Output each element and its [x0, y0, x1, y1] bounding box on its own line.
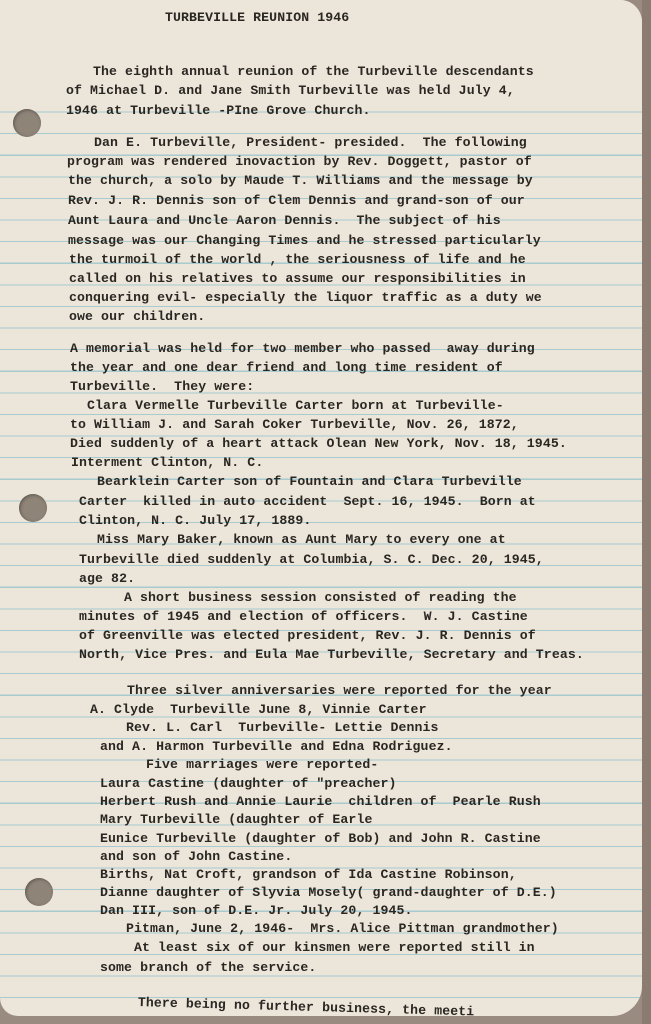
text-line: Pitman, June 2, 1946- Mrs. Alice Pittman… — [126, 921, 559, 936]
text-line: the year and one dear friend and long ti… — [70, 360, 503, 375]
text-line: program was rendered inovaction by Rev. … — [67, 154, 532, 169]
text-line: to William J. and Sarah Coker Turbeville… — [70, 417, 519, 432]
text-line: Eunice Turbeville (daughter of Bob) and … — [100, 831, 541, 846]
text-line: owe our children. — [69, 309, 205, 324]
text-line: minutes of 1945 and election of officers… — [79, 609, 528, 624]
text-line: Herbert Rush and Annie Laurie children o… — [100, 794, 541, 809]
text-line: At least six of our kinsmen were reporte… — [134, 940, 535, 955]
text-line: A memorial was held for two member who p… — [70, 341, 535, 356]
text-line: The eighth annual reunion of the Turbevi… — [93, 64, 534, 79]
text-line: Births, Nat Croft, grandson of Ida Casti… — [100, 867, 517, 882]
text-line: of Greenville was elected president, Rev… — [79, 628, 536, 643]
background-edge — [642, 0, 651, 1024]
text-line: North, Vice Pres. and Eula Mae Turbevill… — [79, 647, 584, 662]
text-line: Died suddenly of a heart attack Olean Ne… — [70, 436, 567, 451]
text-line: 1946 at Turbeville -PIne Grove Church. — [66, 103, 371, 118]
text-line: Mary Turbeville (daughter of Earle — [100, 812, 372, 827]
text-line: and A. Harmon Turbeville and Edna Rodrig… — [100, 739, 453, 754]
text-line: Rev. L. Carl Turbeville- Lettie Dennis — [126, 720, 439, 735]
text-line: Carter killed in auto accident Sept. 16,… — [79, 494, 536, 509]
text-line: Five marriages were reported- — [146, 757, 378, 772]
text-line: age 82. — [79, 571, 135, 586]
text-line: Three silver anniversaries were reported… — [127, 683, 552, 698]
text-line: Interment Clinton, N. C. — [71, 455, 263, 470]
text-line: Bearklein Carter son of Fountain and Cla… — [97, 474, 522, 489]
text-line: the church, a solo by Maude T. Williams … — [68, 173, 533, 188]
text-line: and son of John Castine. — [100, 849, 292, 864]
text-line: Aunt Laura and Uncle Aaron Dennis. The s… — [68, 213, 501, 228]
text-line: message was our Changing Times and he st… — [68, 233, 541, 248]
text-line: of Michael D. and Jane Smith Turbeville … — [66, 83, 515, 98]
punch-hole-middle — [19, 494, 47, 522]
text-line: Dan III, son of D.E. Jr. July 20, 1945. — [100, 903, 413, 918]
text-line: Clinton, N. C. July 17, 1889. — [79, 513, 311, 528]
text-line: some branch of the service. — [100, 960, 316, 975]
text-line: Turbeville died suddenly at Columbia, S.… — [79, 552, 544, 567]
text-line: Turbeville. They were: — [70, 379, 254, 394]
text-line: A. Clyde Turbeville June 8, Vinnie Carte… — [90, 702, 427, 717]
text-line: called on his relatives to assume our re… — [69, 271, 526, 286]
text-line: Miss Mary Baker, known as Aunt Mary to e… — [97, 532, 506, 547]
document-title: TURBEVILLE REUNION 1946 — [165, 10, 349, 25]
text-line: A short business session consisted of re… — [124, 590, 517, 605]
text-line: Dan E. Turbeville, President- presided. … — [94, 135, 527, 150]
text-line: Clara Vermelle Turbeville Carter born at… — [87, 398, 504, 413]
text-line: the turmoil of the world , the seriousne… — [69, 252, 526, 267]
text-line: Dianne daughter of Slyvia Mosely( grand-… — [100, 885, 557, 900]
punch-hole-bottom — [25, 878, 53, 906]
punch-hole-top — [13, 109, 41, 137]
text-line: Laura Castine (daughter of "preacher) — [100, 776, 397, 791]
text-line: conquering evil- especially the liquor t… — [69, 290, 542, 305]
text-line: Rev. J. R. Dennis son of Clem Dennis and… — [68, 193, 525, 208]
